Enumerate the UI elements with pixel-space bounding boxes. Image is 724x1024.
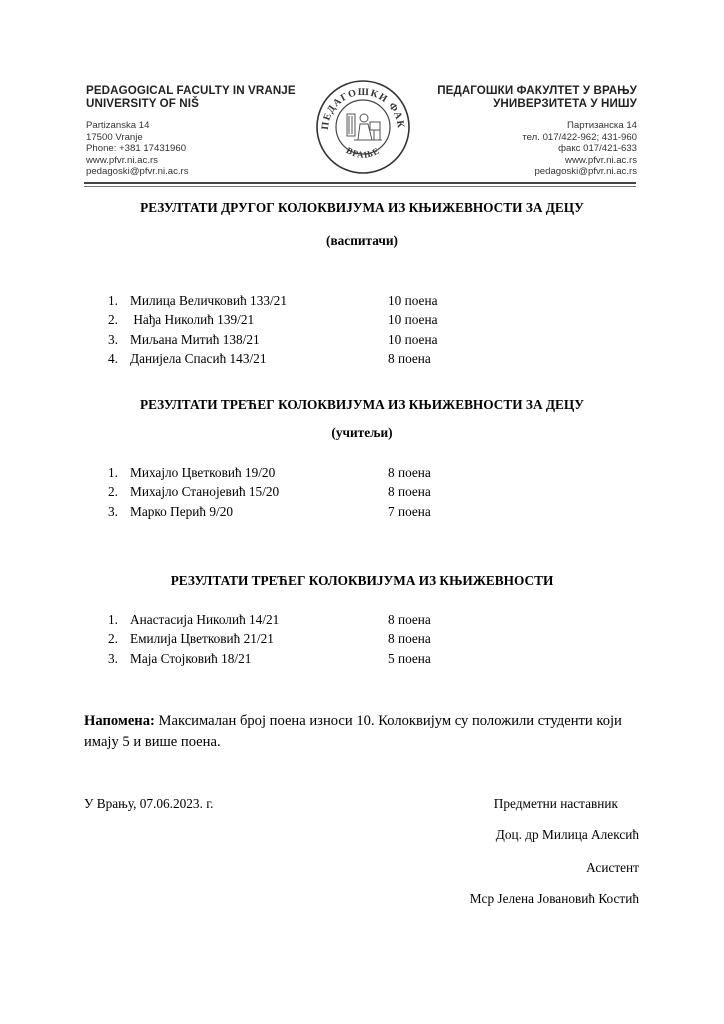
- note-text: Максималан број поена износи 10. Колокви…: [84, 713, 622, 750]
- student-points: 8 поена: [388, 631, 431, 647]
- student-name: Михајло Станојевић 15/20: [130, 484, 279, 500]
- student-name: Емилија Цветковић 21/21: [130, 631, 274, 647]
- letterhead-left: PEDAGOGICAL FACULTY IN VRANJE UNIVERSITY…: [86, 84, 326, 178]
- student-name: Михајло Цветковић 19/20: [130, 465, 275, 481]
- address-en: Partizanska 14 17500 Vranje Phone: +381 …: [86, 120, 326, 178]
- letterhead-divider: [84, 182, 636, 184]
- note-label: Напомена:: [84, 713, 155, 729]
- letterhead-divider-thin: [84, 186, 636, 187]
- address-line: 17500 Vranje: [86, 132, 326, 144]
- assistant-name: Мср Јелена Јовановић Костић: [470, 891, 639, 907]
- website-line: www.pfvr.ni.ac.rs: [397, 155, 637, 167]
- student-points: 8 поена: [388, 612, 431, 628]
- section-heading: РЕЗУЛТАТИ ДРУГОГ КОЛОКВИЈУМА ИЗ КЊИЖЕВНО…: [0, 200, 724, 216]
- student-points: 8 поена: [388, 484, 431, 500]
- section-heading: РЕЗУЛТАТИ ТРЕЋЕГ КОЛОКВИЈУМА ИЗ КЊИЖЕВНО…: [0, 573, 724, 589]
- phone-line: Phone: +381 17431960: [86, 143, 326, 155]
- student-name: Марко Перић 9/20: [130, 504, 233, 520]
- student-points: 8 поена: [388, 351, 431, 367]
- email-line: pedagoski@pfvr.ni.ac.rs: [397, 166, 637, 178]
- address-line: Партизанска 14: [397, 120, 637, 132]
- section-heading: РЕЗУЛТАТИ ТРЕЋЕГ КОЛОКВИЈУМА ИЗ КЊИЖЕВНО…: [0, 397, 724, 413]
- address-line: Partizanska 14: [86, 120, 326, 132]
- place-date: У Врању, 07.06.2023. г.: [84, 796, 214, 812]
- student-points: 10 поена: [388, 332, 437, 348]
- student-name: Миљана Митић 138/21: [130, 332, 260, 348]
- teacher-role: Предметни наставник: [494, 796, 618, 812]
- address-sr: Партизанска 14 тел. 017/422-962; 431-960…: [397, 120, 637, 178]
- student-points: 10 поена: [388, 312, 437, 328]
- student-name: Анастасија Николић 14/21: [130, 612, 279, 628]
- faculty-name-en: PEDAGOGICAL FACULTY IN VRANJE: [86, 84, 326, 97]
- student-name: Данијела Спасић 143/21: [130, 351, 266, 367]
- section-subheading: (васпитачи): [0, 233, 724, 249]
- student-name: Маја Стојковић 18/21: [130, 651, 251, 667]
- student-points: 8 поена: [388, 465, 431, 481]
- fax-line: факс 017/421-633: [397, 143, 637, 155]
- student-name: Милица Величковић 133/21: [130, 293, 287, 309]
- student-name: Нађа Николић 139/21: [130, 312, 254, 328]
- phone-line: тел. 017/422-962; 431-960: [397, 132, 637, 144]
- faculty-name-sr: ПЕДАГОШКИ ФАКУЛТЕТ У ВРАЊУ: [397, 84, 637, 97]
- website-line: www.pfvr.ni.ac.rs: [86, 155, 326, 167]
- teacher-name: Доц. др Милица Алексић: [496, 827, 639, 843]
- section-subheading: (учитељи): [0, 425, 724, 441]
- university-name-sr: УНИВЕРЗИТЕТА У НИШУ: [397, 97, 637, 110]
- letterhead-right: ПЕДАГОШКИ ФАКУЛТЕТ У ВРАЊУ УНИВЕРЗИТЕТА …: [397, 84, 637, 178]
- student-points: 10 поена: [388, 293, 437, 309]
- student-points: 7 поена: [388, 504, 431, 520]
- university-name-en: UNIVERSITY OF NIŠ: [86, 97, 326, 110]
- note-paragraph: Напомена: Максималан број поена износи 1…: [84, 711, 644, 753]
- student-points: 5 поена: [388, 651, 431, 667]
- email-line: pedagoski@pfvr.ni.ac.rs: [86, 166, 326, 178]
- assistant-role: Асистент: [586, 860, 639, 876]
